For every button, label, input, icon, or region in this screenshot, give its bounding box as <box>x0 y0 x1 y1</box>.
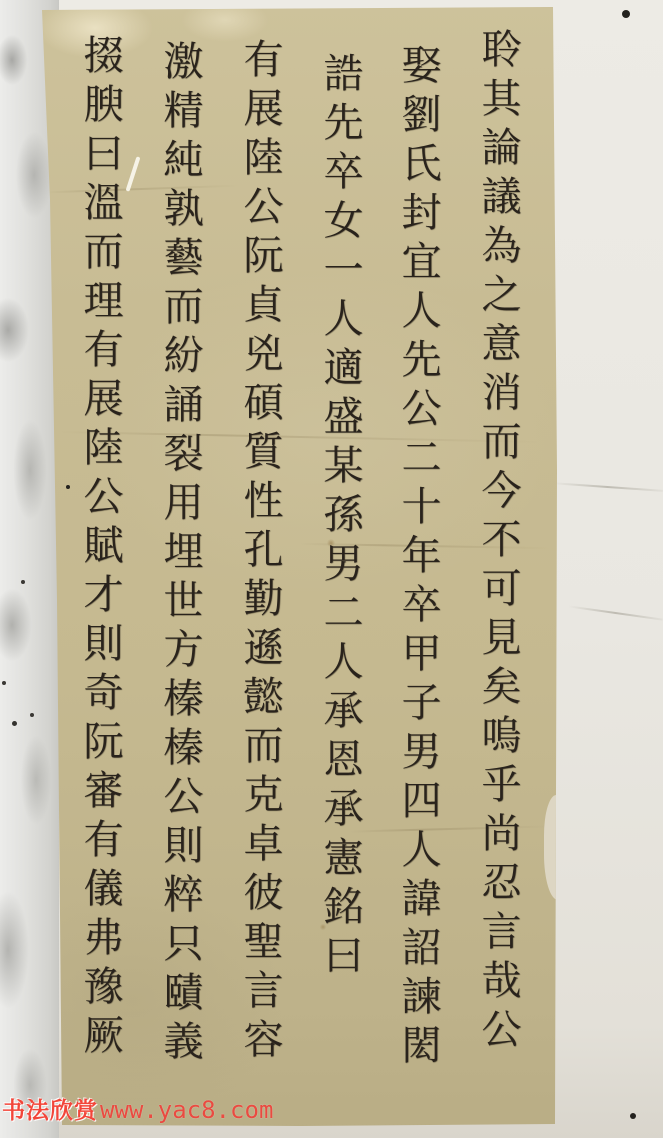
calligraphy-column-3: 誥先卒女一人適盛某孫男二人承恩承憲銘曰 <box>298 52 382 983</box>
calligraphy-column-6: 掇腴曰溫而理有展陸公賦才則奇阮審有儀弗豫厥 <box>58 34 142 1063</box>
calligraphy-photo: 聆其論議為之意消而今不可見矣嗚乎尚忍言哉公 娶劉氏封宜人先公二十年卒甲子男四人諱… <box>0 0 663 1138</box>
ink-speck <box>66 485 70 489</box>
paper-edge-chip <box>544 795 558 900</box>
backdrop-crease <box>552 482 663 492</box>
manuscript-paper: 聆其論議為之意消而今不可見矣嗚乎尚忍言哉公 娶劉氏封宜人先公二十年卒甲子男四人諱… <box>0 0 663 1138</box>
ink-speck <box>30 713 34 717</box>
ink-speck <box>630 1113 636 1119</box>
calligraphy-column-5: 激精純孰藝而紛誦裂用埋世方榛榛公則粹只賾義 <box>138 40 222 1069</box>
watermark-site-url: www.yac8.com <box>100 1096 273 1124</box>
calligraphy-column-2: 娶劉氏封宜人先公二十年卒甲子男四人諱詔諫閎 <box>376 44 460 1073</box>
ink-speck <box>2 681 6 685</box>
ink-speck <box>622 10 630 18</box>
backdrop-crease <box>568 605 662 620</box>
watermark-site-name: 书法欣赏 <box>2 1092 98 1125</box>
calligraphy-column-1: 聆其論議為之意消而今不可見矣嗚乎尚忍言哉公 <box>456 28 540 1057</box>
ink-speck <box>12 721 17 726</box>
ink-speck <box>21 580 25 584</box>
calligraphy-column-4: 有展陸公阮貞兇碩質性孔勤遜懿而克卓彼聖言容 <box>218 38 302 1067</box>
watermark: 书法欣赏 www.yac8.com <box>2 1092 273 1125</box>
